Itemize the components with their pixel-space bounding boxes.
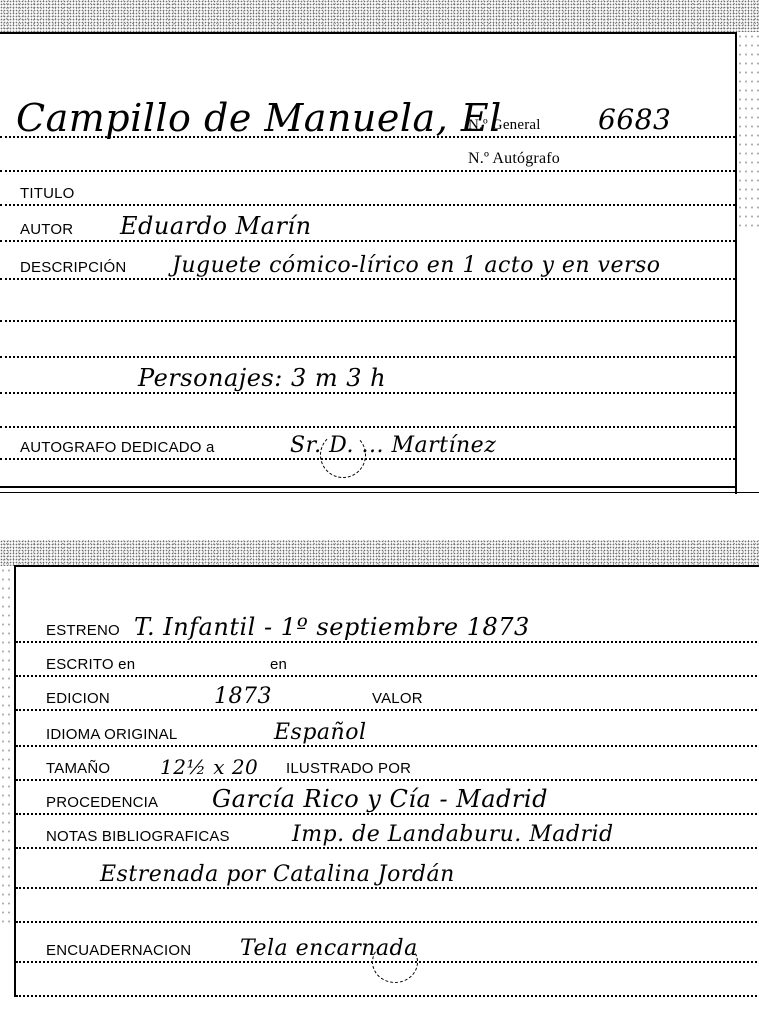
row-descripcion: DESCRIPCIÓN Juguete cómico-lírico en 1 a…: [0, 240, 735, 280]
row-blank-4: [0, 458, 735, 488]
scan-noise-band-middle: [0, 540, 759, 566]
row-idioma: IDIOMA ORIGINAL Español: [16, 709, 759, 747]
general-number-label: N.º General: [468, 117, 541, 134]
row-autograph-number: N.º Autógrafo: [0, 136, 735, 172]
personajes-value: Personajes: 3 m 3 h: [138, 364, 386, 392]
row-tamano: TAMAÑO 12½ x 20 ILUSTRADO POR: [16, 745, 759, 781]
row-blank-5: [16, 887, 759, 923]
tamano-value: 12½ x 20: [160, 755, 258, 779]
row-autor: AUTOR Eduardo Marín: [0, 204, 735, 242]
tamano-label: TAMAÑO: [46, 760, 110, 777]
catalog-card-front: Campillo de Manuela, El N.º General 6683…: [0, 32, 737, 494]
descripcion-label: DESCRIPCIÓN: [20, 259, 126, 276]
row-blank-2: [0, 320, 735, 358]
descripcion-value: Juguete cómico-lírico en 1 acto y en ver…: [172, 253, 661, 278]
escrito-en-label: en: [270, 656, 287, 673]
estreno-value: T. Infantil - 1º septiembre 1873: [134, 613, 530, 641]
edicion-value: 1873: [214, 684, 272, 709]
autor-value: Eduardo Marín: [120, 212, 312, 240]
escrito-label: ESCRITO en: [46, 656, 135, 673]
scan-noise-edge-right: [737, 32, 759, 232]
row-estreno: ESTRENO T. Infantil - 1º septiembre 1873: [16, 607, 759, 643]
catalog-card-back: ESTRENO T. Infantil - 1º septiembre 1873…: [14, 565, 759, 997]
row-title: Campillo de Manuela, El N.º General 6683: [0, 64, 735, 138]
row-edicion: EDICION 1873 VALOR: [16, 675, 759, 711]
autograph-number-label: N.º Autógrafo: [468, 150, 560, 168]
idioma-value: Español: [274, 720, 367, 745]
row-encuadernacion: ENCUADERNACION Tela encarnada: [16, 921, 759, 963]
titulo-label: TITULO: [20, 185, 75, 202]
scan-noise-band-top: [0, 0, 759, 32]
notas-value: Imp. de Landaburu. Madrid: [292, 822, 614, 847]
procedencia-value: García Rico y Cía - Madrid: [212, 785, 548, 813]
estreno-label: ESTRENO: [46, 622, 120, 639]
card-separator-line: [0, 492, 759, 493]
row-blank-3: [0, 392, 735, 428]
notas-value-2: Estrenada por Catalina Jordán: [100, 862, 455, 887]
scan-noise-edge-left: [0, 566, 14, 926]
row-procedencia: PROCEDENCIA García Rico y Cía - Madrid: [16, 779, 759, 815]
row-notas: NOTAS BIBLIOGRAFICAS Imp. de Landaburu. …: [16, 813, 759, 849]
idioma-label: IDIOMA ORIGINAL: [46, 726, 177, 743]
notas-label: NOTAS BIBLIOGRAFICAS: [46, 828, 230, 845]
encuadernacion-label: ENCUADERNACION: [46, 942, 191, 959]
row-notas-continued: Estrenada por Catalina Jordán: [16, 847, 759, 889]
row-escrito: ESCRITO en en: [16, 641, 759, 677]
procedencia-label: PROCEDENCIA: [46, 794, 158, 811]
autografo-dedicado-label: AUTOGRAFO DEDICADO a: [20, 439, 215, 456]
autor-label: AUTOR: [20, 221, 73, 238]
row-blank-1: [0, 278, 735, 322]
row-titulo: TITULO: [0, 170, 735, 206]
row-personajes: Personajes: 3 m 3 h: [0, 356, 735, 394]
valor-label: VALOR: [372, 690, 423, 707]
row-autografo-dedicado: AUTOGRAFO DEDICADO a Sr. D. ... Martínez: [0, 426, 735, 460]
edicion-label: EDICION: [46, 690, 110, 707]
row-blank-6: [16, 961, 759, 997]
ilustrado-label: ILUSTRADO POR: [286, 760, 411, 777]
handwritten-title: Campillo de Manuela, El: [16, 96, 502, 140]
general-number-value: 6683: [598, 103, 671, 136]
